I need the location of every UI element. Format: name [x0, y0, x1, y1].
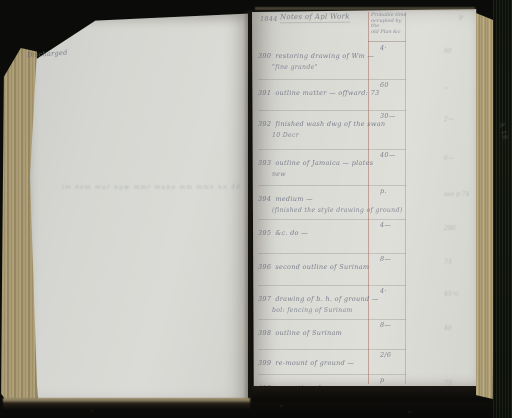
entry-amount: 8—: [380, 255, 391, 263]
entry-number: 398: [258, 329, 271, 337]
entry-amount: 30—: [380, 112, 396, 120]
column-header-underline: [368, 41, 406, 42]
ledger-row: 397drawing of b. h. of ground —bol: fenc…: [258, 286, 406, 320]
ledger-title: Notes of Apl Work: [280, 13, 350, 24]
page-top-edge: [255, 7, 475, 10]
margin-figure: 200: [444, 225, 455, 232]
left-page-stack-edge: [1, 48, 37, 408]
margin-figure: 73: [444, 259, 452, 266]
entry-amount: 4·: [380, 287, 387, 295]
entry-description: second outline of Surinam: [275, 263, 369, 271]
book-cover-edge: [493, 0, 512, 418]
entry-description: medium —: [275, 195, 313, 203]
ledger-row: 390restoring drawing of Wm —"fine grande…: [258, 43, 406, 80]
entry-description: outline of Jamaica — plates: [275, 159, 373, 167]
header-margin-figure: p: [459, 14, 463, 21]
ledger-row: 399re-mount of ground —2/6: [258, 350, 406, 375]
ledger-row: 395&c. do —4—: [258, 220, 406, 254]
entry-number: 397: [258, 295, 271, 303]
entry-number: 390: [258, 52, 271, 60]
entry-description: outline of Surinam: [275, 329, 342, 337]
margin-figure: 45·½: [444, 291, 459, 298]
margin-figure: ~: [444, 85, 449, 92]
ledger-row: 394medium —(finished the style drawing o…: [258, 186, 406, 220]
entry-description: drawing of b. h. of ground —: [275, 295, 378, 303]
entry-description-line2: 10 Decr: [272, 132, 406, 139]
entry-description: outline matter — offward: 73: [275, 89, 379, 97]
entry-number: 399: [258, 359, 271, 367]
ledger-row: 391outline matter — offward: 7360: [258, 80, 406, 111]
ink-showthrough-line: im nem mur nuw mmr muna mm mmv nn 46: [62, 184, 242, 191]
open-ledger-photograph: Discharged im nem mur nuw mmr muna mm mm…: [0, 0, 512, 418]
entry-description: finished wash dwg of the swan: [275, 120, 385, 128]
entry-amount: p: [380, 376, 384, 384]
margin-figure: see p 74: [444, 191, 469, 198]
entry-description-line2: "fine grande": [272, 64, 406, 71]
amount-column-header: Probable time occupied by the old Plan &…: [371, 13, 407, 35]
entry-number: 393: [258, 159, 271, 167]
entry-number: 396: [258, 263, 271, 271]
margin-figure: 2—: [444, 116, 454, 123]
entry-amount: 8—: [380, 321, 391, 329]
right-page-bottom-shadow: [252, 386, 495, 402]
entry-description: re-mount of ground —: [275, 359, 354, 367]
entry-amount: 4—: [380, 221, 391, 229]
margin-figure: 60: [444, 48, 452, 55]
margin-figure: 40: [444, 325, 452, 332]
ledger-row: 398outline of Surinam8—: [258, 320, 406, 350]
left-blank-page: [30, 12, 248, 404]
entry-description: restoring drawing of Wm —: [275, 52, 374, 60]
entry-amount: 2/6: [380, 351, 391, 359]
entry-description: &c. do —: [275, 229, 308, 237]
entry-amount: p.: [380, 187, 387, 195]
entry-amount: 40—: [380, 151, 396, 159]
entry-description-line2: (finished the style drawing of ground): [272, 207, 406, 214]
column-header-line: old Plan &c: [371, 30, 407, 36]
entry-description-line2: new: [272, 171, 406, 178]
entry-number: 395: [258, 229, 271, 237]
margin-figure: 6—: [444, 155, 454, 162]
ledger-year: 1844: [260, 15, 278, 23]
entry-number: 394: [258, 195, 271, 203]
ledger-row: 396second outline of Surinam8—: [258, 254, 406, 286]
ledger-row: 392finished wash dwg of the swan10 Decr3…: [258, 111, 406, 150]
left-page-bottom-edge: [3, 398, 250, 410]
entry-description-line2: bol: fencing of Surinam: [272, 307, 406, 314]
entry-amount: 4·: [380, 44, 387, 52]
entry-amount: 60: [380, 81, 389, 89]
ledger-row: 393outline of Jamaica — platesnew40—: [258, 150, 406, 186]
entry-number: 392: [258, 120, 271, 128]
entry-number: 391: [258, 89, 271, 97]
